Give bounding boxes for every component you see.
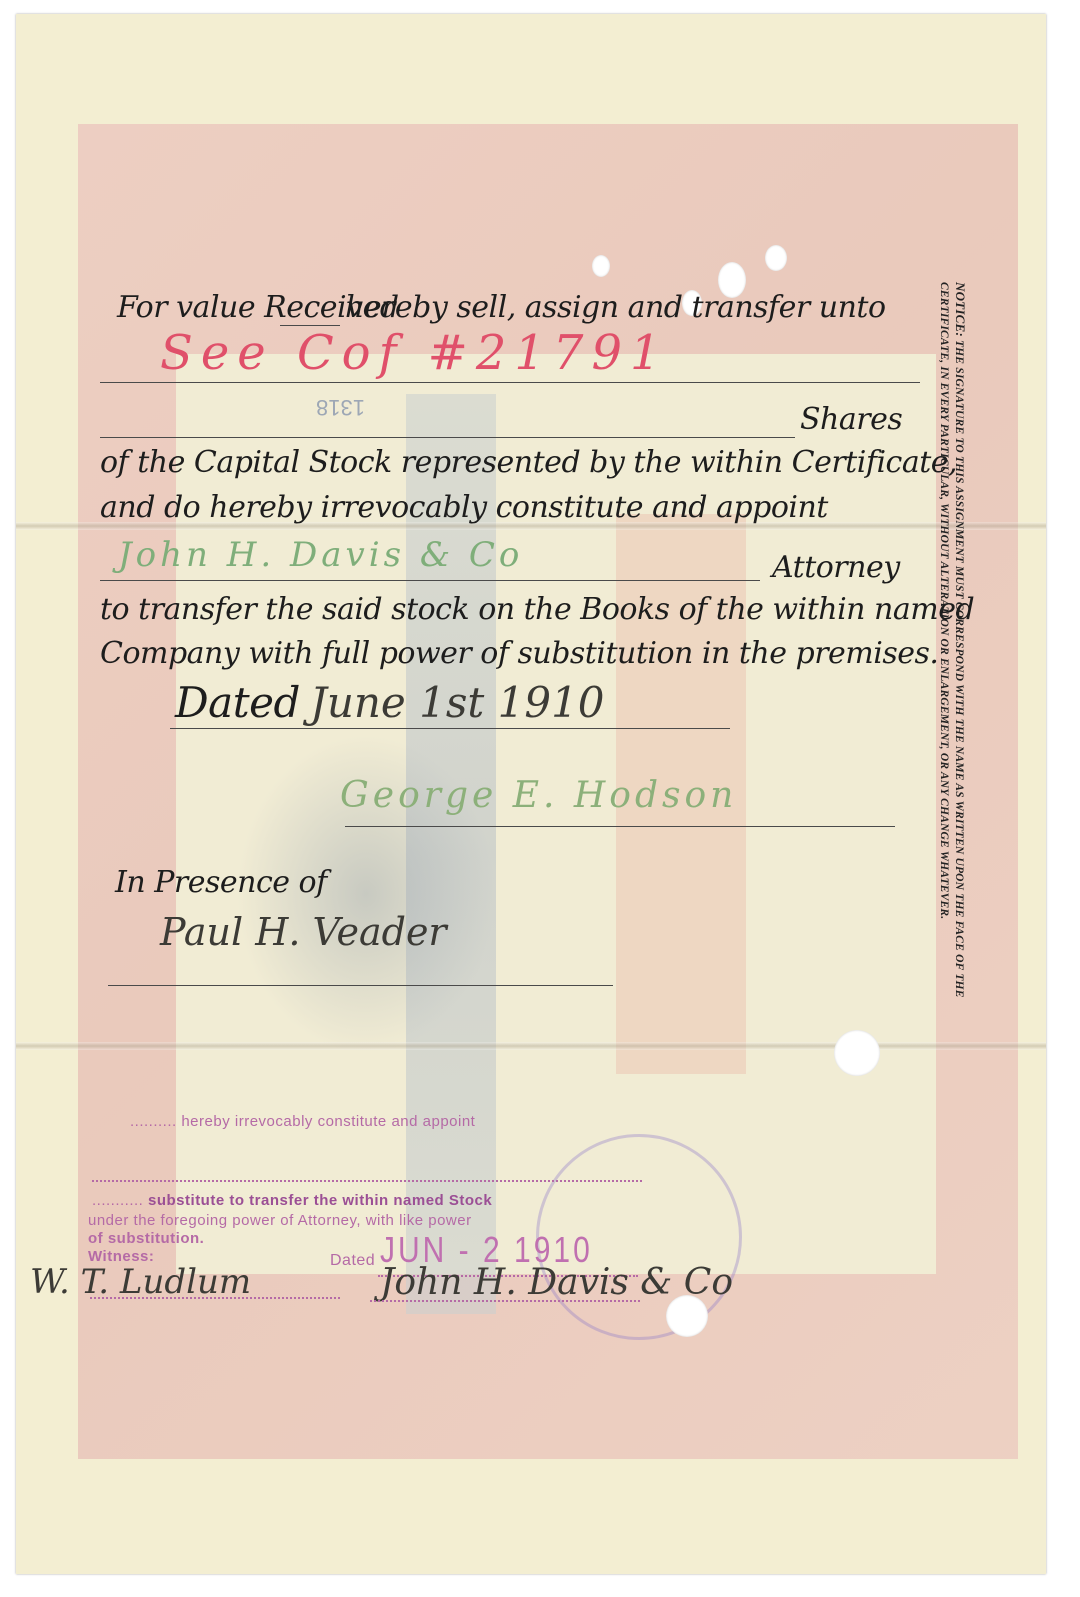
punch-hole — [834, 1030, 880, 1076]
stamp-witness-line — [90, 1297, 340, 1299]
substitution-line-2: ........... substitute to transfer the w… — [92, 1192, 492, 1209]
punch-hole — [765, 245, 787, 271]
transferee-line — [100, 382, 920, 383]
constitute-appoint-text: and do hereby irrevocably constitute and… — [100, 490, 828, 525]
transferee-handwritten: See Cof #21791 — [160, 325, 669, 381]
dated-line — [170, 728, 730, 729]
attorney-handwritten: John H. Davis & Co — [118, 535, 523, 575]
attorney-line — [100, 580, 760, 581]
signature-line — [345, 826, 895, 827]
full-power-text: Company with full power of substitution … — [100, 636, 938, 671]
reverse-certificate-number: 1318 — [316, 394, 365, 420]
notice-lead: NOTICE: — [953, 282, 968, 337]
punch-hole — [592, 255, 610, 277]
notice-text: THE SIGNATURE TO THIS ASSIGNMENT MUST CO… — [938, 282, 965, 998]
substitution-line-1: .......... hereby irrevocably constitute… — [130, 1113, 475, 1130]
signature-notice: NOTICE: THE SIGNATURE TO THIS ASSIGNMENT… — [936, 282, 968, 1042]
dated-label: Dated — [175, 678, 300, 727]
assign-transfer-text: hereby sell, assign and transfer unto — [345, 290, 886, 325]
stamp-witness-signature: W. T. Ludlum — [30, 1262, 251, 1302]
substitution-line-3: under the foregoing power of Attorney, w… — [88, 1212, 472, 1229]
owner-signature: George E. Hodson — [340, 775, 737, 816]
witness-line — [108, 985, 613, 986]
dated-handwritten: June 1st 1910 — [310, 678, 605, 727]
shares-line — [100, 437, 795, 438]
witness-signature: Paul H. Veader — [160, 910, 447, 954]
substitution-line-4: of substitution. — [88, 1230, 204, 1247]
in-presence-of-label: In Presence of — [115, 865, 327, 900]
dot-leader: ........... — [92, 1192, 148, 1209]
transfer-books-text: to transfer the said stock on the Books … — [100, 592, 974, 627]
stamp-attorney-signature: John H. Davis & Co — [380, 1262, 733, 1303]
shares-label: Shares — [800, 402, 902, 437]
substitute-name-line — [92, 1180, 642, 1182]
stamp-dated-label: Dated — [330, 1252, 375, 1270]
fold-crease — [16, 1042, 1046, 1050]
attorney-label: Attorney — [772, 550, 900, 585]
capital-stock-text: of the Capital Stock represented by the … — [100, 445, 957, 480]
dot-leader: .......... — [130, 1113, 181, 1130]
stamp-attorney-line — [370, 1300, 640, 1302]
